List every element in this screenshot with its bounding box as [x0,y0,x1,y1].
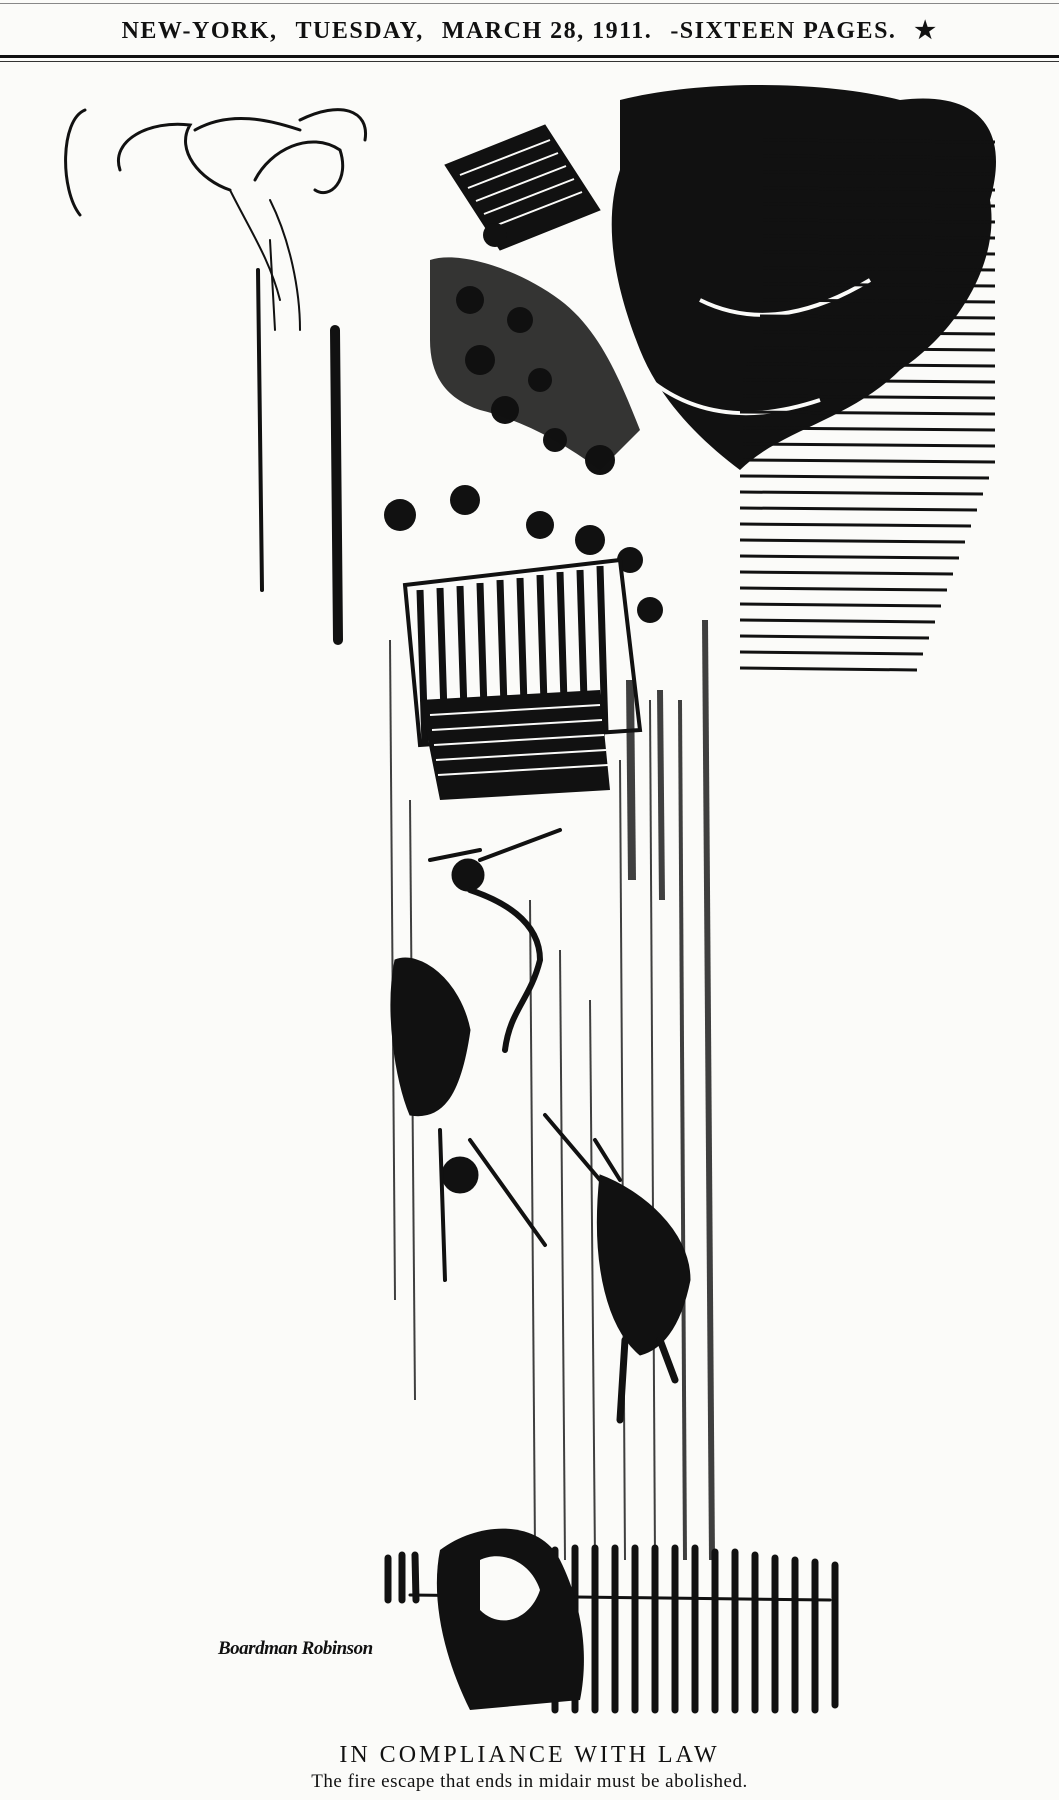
masthead: NEW-YORK,TUESDAY,MARCH 28, 1911.-SIXTEEN… [0,8,1059,52]
star-icon: ★ [914,18,937,44]
masthead-rule-thin [0,61,1059,62]
fire-escape-illustration: /* placeholder */ [0,66,1059,1726]
falling-figures [391,830,690,1420]
masthead-rule-thick [0,55,1059,58]
caption-title: IN COMPLIANCE WITH LAW [0,1742,1059,1769]
masthead-city: NEW-YORK, [122,18,278,44]
fallen-figure [437,1529,584,1710]
masthead-date: MARCH 28, 1911. [442,18,653,44]
upper-fire-escape [445,125,600,250]
caption-subtitle: The fire escape that ends in midair must… [0,1771,1059,1793]
masthead-text: NEW-YORK,TUESDAY,MARCH 28, 1911.-SIXTEEN… [122,16,938,45]
top-rule [0,3,1059,4]
masthead-day: TUESDAY, [296,18,424,44]
main-fire-escape-cage [405,560,640,800]
artist-signature: Boardman Robinson [218,1638,373,1660]
masthead-pages: -SIXTEEN PAGES. [670,18,896,44]
smoke-curls [66,110,366,330]
